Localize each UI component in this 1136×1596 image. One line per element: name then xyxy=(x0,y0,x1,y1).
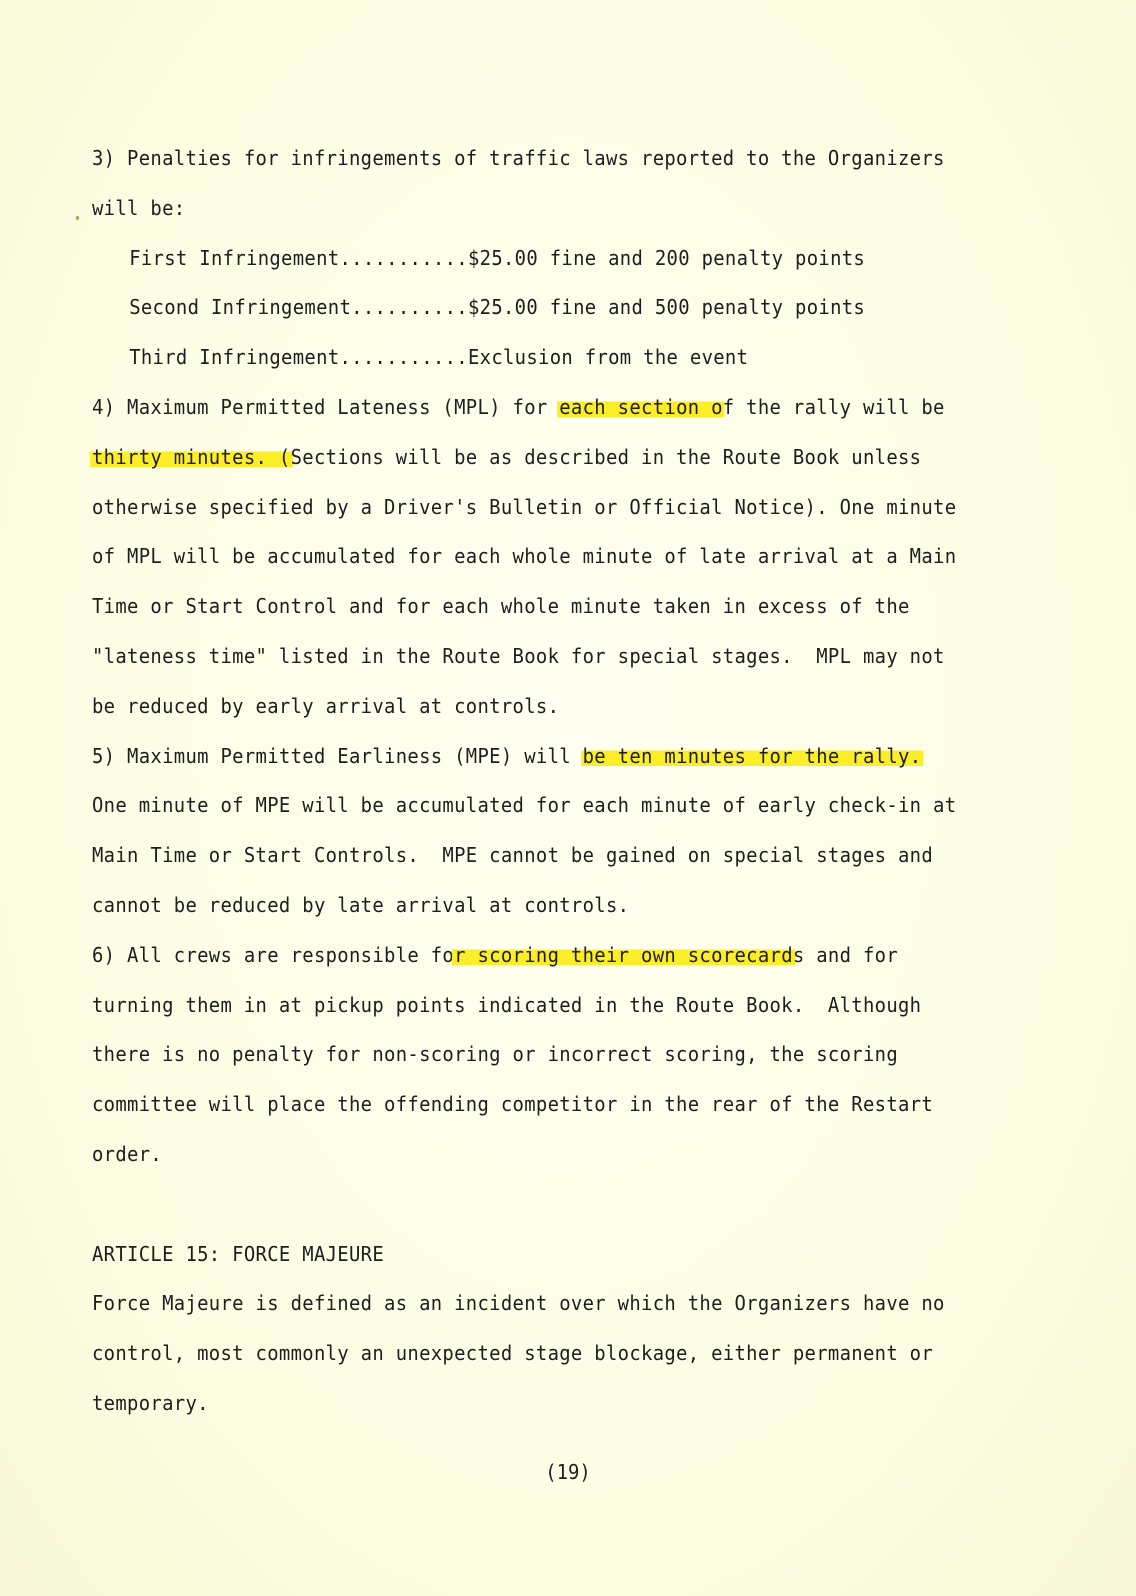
text-run: f the rally will be xyxy=(723,395,945,419)
page-number: (19) xyxy=(40,1460,1096,1484)
document-body: 3) Penalties for infringements of traffi… xyxy=(92,141,1022,1436)
item-5-line-2: One minute of MPE will be accumulated fo… xyxy=(92,788,1022,838)
highlighted-text: r scoring their own scorecard xyxy=(452,943,794,967)
text-run: s and for xyxy=(793,943,898,967)
item-6-line-3: there is no penalty for non-scoring or i… xyxy=(92,1037,1022,1087)
article-15-line-3: temporary. xyxy=(92,1386,1022,1436)
item-3-line-2: will be: xyxy=(92,191,1022,241)
highlighted-text: be ten minutes for the rally. xyxy=(581,744,923,768)
item-6-line-4: committee will place the offending compe… xyxy=(92,1087,1022,1137)
penalty-label: Third Infringement........... xyxy=(129,345,468,369)
article-15-line-2: control, most commonly an unexpected sta… xyxy=(92,1336,1022,1386)
item-4-line-1: 4) Maximum Permitted Lateness (MPL) for … xyxy=(92,390,1022,440)
item-4-line-7: be reduced by early arrival at controls. xyxy=(92,689,1022,739)
item-4-line-5: Time or Start Control and for each whole… xyxy=(92,589,1022,639)
item-4-line-2: thirty minutes. (Sections will be as des… xyxy=(92,440,1022,490)
penalty-row-first: First Infringement...........$25.00 fine… xyxy=(92,241,1022,291)
penalty-row-second: Second Infringement..........$25.00 fine… xyxy=(92,290,1022,340)
penalty-value: $25.00 fine and 200 penalty points xyxy=(468,246,865,270)
penalty-label: Second Infringement.......... xyxy=(129,295,468,319)
item-5-line-4: cannot be reduced by late arrival at con… xyxy=(92,888,1022,938)
penalty-row-third: Third Infringement...........Exclusion f… xyxy=(92,340,1022,390)
item-4-line-6: "lateness time" listed in the Route Book… xyxy=(92,639,1022,689)
item-6-line-5: order. xyxy=(92,1137,1022,1187)
item-4-line-3: otherwise specified by a Driver's Bullet… xyxy=(92,490,1022,540)
item-6-line-1: 6) All crews are responsible for scoring… xyxy=(92,938,1022,988)
text-run: Sections will be as described in the Rou… xyxy=(291,445,922,469)
penalty-value: Exclusion from the event xyxy=(468,345,748,369)
article-15-heading: ARTICLE 15: FORCE MAJEURE xyxy=(92,1237,1022,1287)
item-3-line-1: 3) Penalties for infringements of traffi… xyxy=(92,141,1022,191)
text-run: 5) Maximum Permitted Earliness (MPE) wil… xyxy=(92,744,583,768)
text-run: 4) Maximum Permitted Lateness (MPL) for xyxy=(92,395,559,419)
penalty-value: $25.00 fine and 500 penalty points xyxy=(468,295,865,319)
item-5-line-1: 5) Maximum Permitted Earliness (MPE) wil… xyxy=(92,739,1022,789)
document-page: 3) Penalties for infringements of traffi… xyxy=(0,0,1136,1596)
article-15-line-1: Force Majeure is defined as an incident … xyxy=(92,1286,1022,1336)
section-spacer xyxy=(92,1187,1022,1237)
item-5-line-3: Main Time or Start Controls. MPE cannot … xyxy=(92,838,1022,888)
text-run: 6) All crews are responsible fo xyxy=(92,943,454,967)
highlighted-text: thirty minutes. ( xyxy=(90,445,292,469)
stray-ink-mark xyxy=(76,216,79,220)
highlighted-text: each section o xyxy=(557,395,724,419)
item-4-line-4: of MPL will be accumulated for each whol… xyxy=(92,539,1022,589)
item-6-line-2: turning them in at pickup points indicat… xyxy=(92,988,1022,1038)
penalty-label: First Infringement........... xyxy=(129,246,468,270)
